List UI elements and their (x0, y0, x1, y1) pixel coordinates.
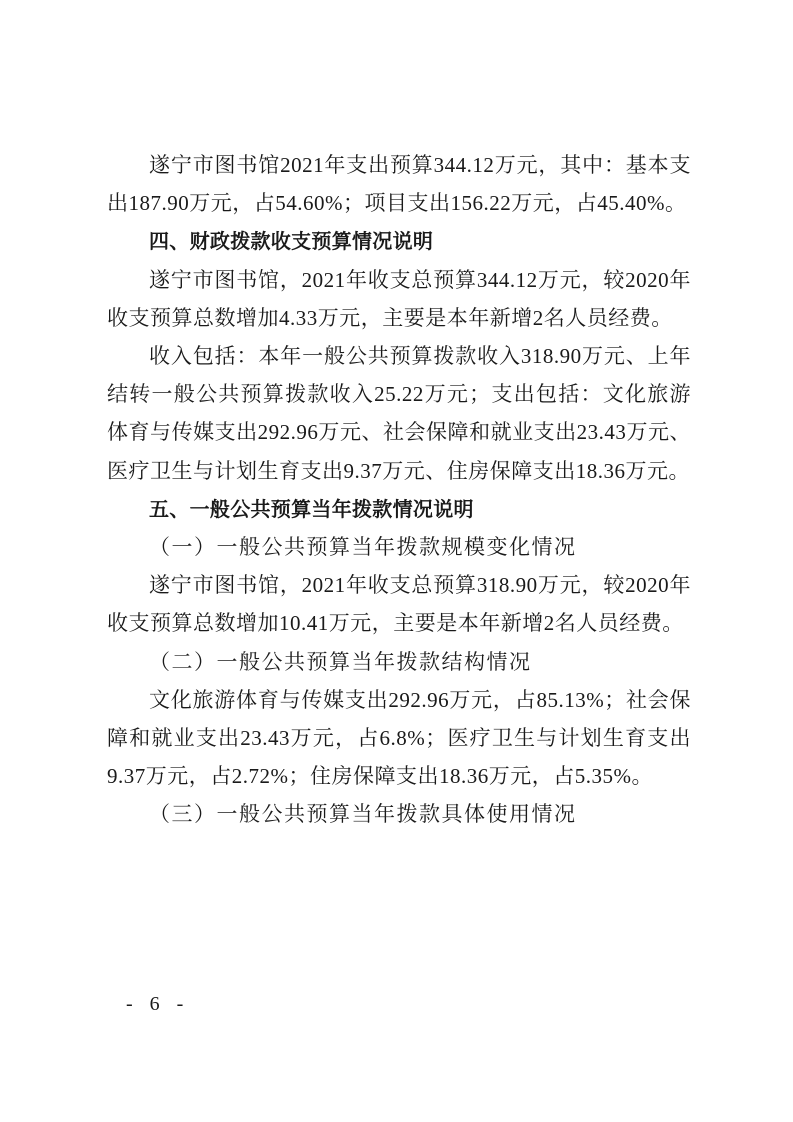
section-heading-4: 四、财政拨款收支预算情况说明 (107, 222, 691, 260)
subsection-heading-3: （三）一般公共预算当年拨款具体使用情况 (107, 795, 691, 833)
paragraph-scale-change: 遂宁市图书馆，2021年收支总预算318.90万元，较2020年收支预算总数增加… (107, 566, 691, 642)
subsection-heading-2: （二）一般公共预算当年拨款结构情况 (107, 643, 691, 681)
paragraph-fiscal-budget-total: 遂宁市图书馆，2021年收支总预算344.12万元，较2020年收支预算总数增加… (107, 261, 691, 337)
paragraph-income-expenditure-breakdown: 收入包括：本年一般公共预算拨款收入318.90万元、上年结转一般公共预算拨款收入… (107, 337, 691, 490)
paragraph-structure: 文化旅游体育与传媒支出292.96万元，占85.13%；社会保障和就业支出23.… (107, 681, 691, 796)
paragraph-expenditure-budget: 遂宁市图书馆2021年支出预算344.12万元，其中：基本支出187.90万元，… (107, 146, 691, 222)
section-heading-5: 五、一般公共预算当年拨款情况说明 (107, 490, 691, 528)
document-page: 遂宁市图书馆2021年支出预算344.12万元，其中：基本支出187.90万元，… (107, 146, 691, 834)
page-number: - 6 - (126, 993, 189, 1016)
subsection-heading-1: （一）一般公共预算当年拨款规模变化情况 (107, 528, 691, 566)
